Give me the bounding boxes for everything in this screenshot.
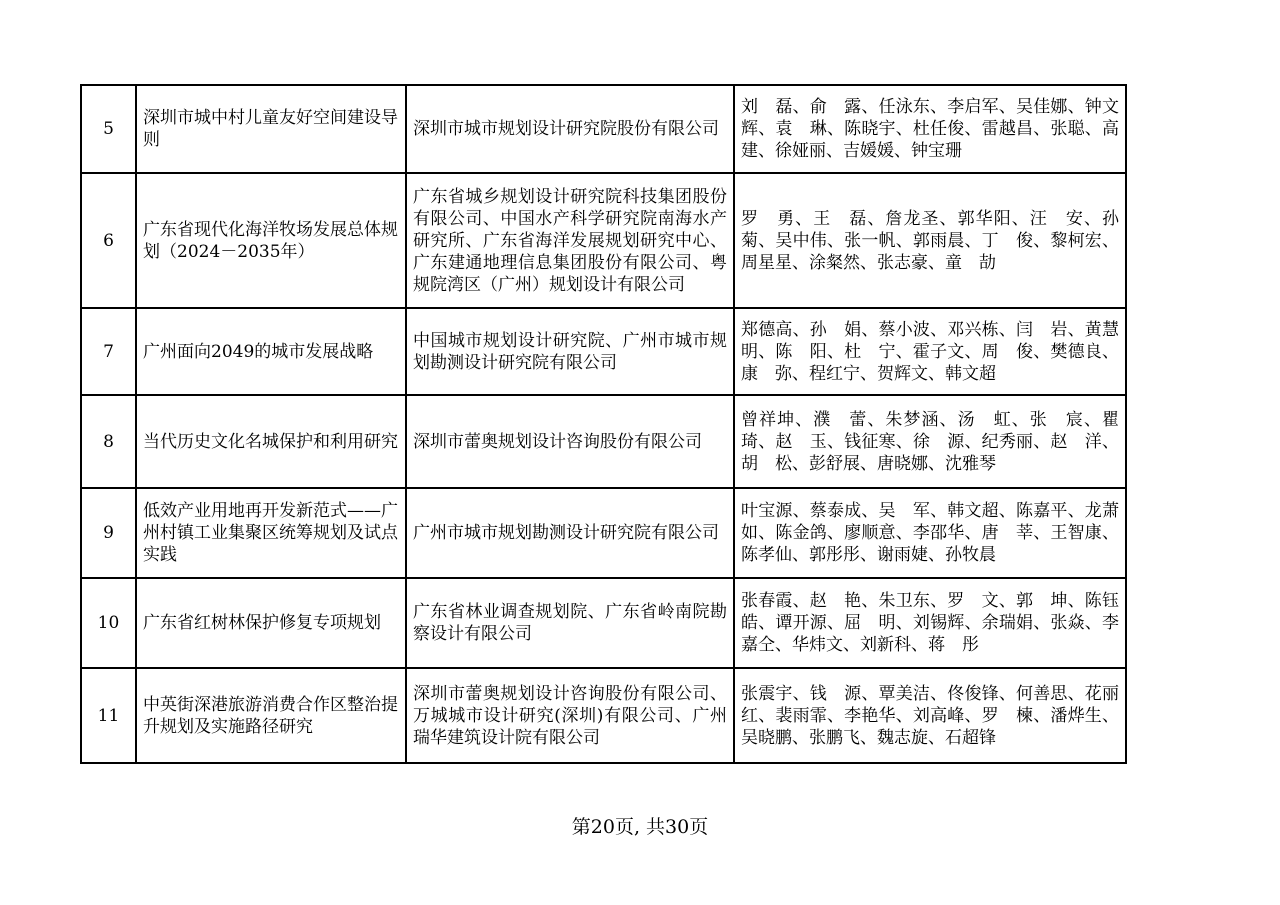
table-row: 5 深圳市城中村儿童友好空间建设导则 深圳市城市规划设计研究院股份有限公司 刘 … [81,85,1126,173]
contributors-cell: 张春霞、赵 艳、朱卫东、罗 文、郭 坤、陈钰皓、谭开源、屈 明、刘锡辉、余瑞娟、… [734,578,1126,668]
row-number-cell: 7 [81,308,136,395]
row-number-cell: 5 [81,85,136,173]
row-number-cell: 11 [81,668,136,763]
table-row: 7 广州面向2049的城市发展战略 中国城市规划设计研究院、广州市城市规划勘测设… [81,308,1126,395]
contributors-cell: 罗 勇、王 磊、詹龙圣、郭华阳、汪 安、孙菊、吴中伟、张一帆、郭雨晨、丁 俊、黎… [734,173,1126,308]
project-title-cell: 广东省现代化海洋牧场发展总体规划（2024－2035年） [136,173,406,308]
organization-cell: 广州市城市规划勘测设计研究院有限公司 [406,488,734,578]
organization-cell: 深圳市蕾奥规划设计咨询股份有限公司 [406,395,734,488]
contributors-cell: 郑德高、孙 娟、蔡小波、邓兴栋、闫 岩、黄慧明、陈 阳、杜 宁、霍子文、周 俊、… [734,308,1126,395]
projects-table: 5 深圳市城中村儿童友好空间建设导则 深圳市城市规划设计研究院股份有限公司 刘 … [80,84,1127,764]
project-title-cell: 当代历史文化名城保护和利用研究 [136,395,406,488]
contributors-cell: 叶宝源、蔡泰成、吴 军、韩文超、陈嘉平、龙萧如、陈金鸽、廖顺意、李邵华、唐 莘、… [734,488,1126,578]
organization-cell: 深圳市蕾奥规划设计咨询股份有限公司、万城城市设计研究(深圳)有限公司、广州瑞华建… [406,668,734,763]
organization-cell: 深圳市城市规划设计研究院股份有限公司 [406,85,734,173]
project-title-cell: 深圳市城中村儿童友好空间建设导则 [136,85,406,173]
table-row: 9 低效产业用地再开发新范式——广州村镇工业集聚区统筹规划及试点实践 广州市城市… [81,488,1126,578]
project-title-cell: 低效产业用地再开发新范式——广州村镇工业集聚区统筹规划及试点实践 [136,488,406,578]
row-number-cell: 10 [81,578,136,668]
table-row: 8 当代历史文化名城保护和利用研究 深圳市蕾奥规划设计咨询股份有限公司 曾祥坤、… [81,395,1126,488]
page-indicator: 第20页, 共30页 [0,815,1280,839]
row-number-cell: 6 [81,173,136,308]
organization-cell: 广东省城乡规划设计研究院科技集团股份有限公司、中国水产科学研究院南海水产研究所、… [406,173,734,308]
contributors-cell: 曾祥坤、濮 蕾、朱梦涵、汤 虹、张 宸、瞿琦、赵 玉、钱征寒、徐 源、纪秀丽、赵… [734,395,1126,488]
organization-cell: 中国城市规划设计研究院、广州市城市规划勘测设计研究院有限公司 [406,308,734,395]
contributors-cell: 张震宇、钱 源、覃美洁、佟俊锋、何善思、花丽红、裴雨霏、李艳华、刘高峰、罗 楝、… [734,668,1126,763]
project-title-cell: 中英街深港旅游消费合作区整治提升规划及实施路径研究 [136,668,406,763]
document-page: 5 深圳市城中村儿童友好空间建设导则 深圳市城市规划设计研究院股份有限公司 刘 … [0,0,1280,905]
project-title-cell: 广东省红树林保护修复专项规划 [136,578,406,668]
row-number-cell: 8 [81,395,136,488]
project-title-cell: 广州面向2049的城市发展战略 [136,308,406,395]
organization-cell: 广东省林业调查规划院、广东省岭南院勘察设计有限公司 [406,578,734,668]
contributors-cell: 刘 磊、俞 露、任泳东、李启军、吴佳娜、钟文辉、袁 琳、陈晓宇、杜任俊、雷越昌、… [734,85,1126,173]
table-row: 6 广东省现代化海洋牧场发展总体规划（2024－2035年） 广东省城乡规划设计… [81,173,1126,308]
table-row: 10 广东省红树林保护修复专项规划 广东省林业调查规划院、广东省岭南院勘察设计有… [81,578,1126,668]
table-row: 11 中英街深港旅游消费合作区整治提升规划及实施路径研究 深圳市蕾奥规划设计咨询… [81,668,1126,763]
row-number-cell: 9 [81,488,136,578]
